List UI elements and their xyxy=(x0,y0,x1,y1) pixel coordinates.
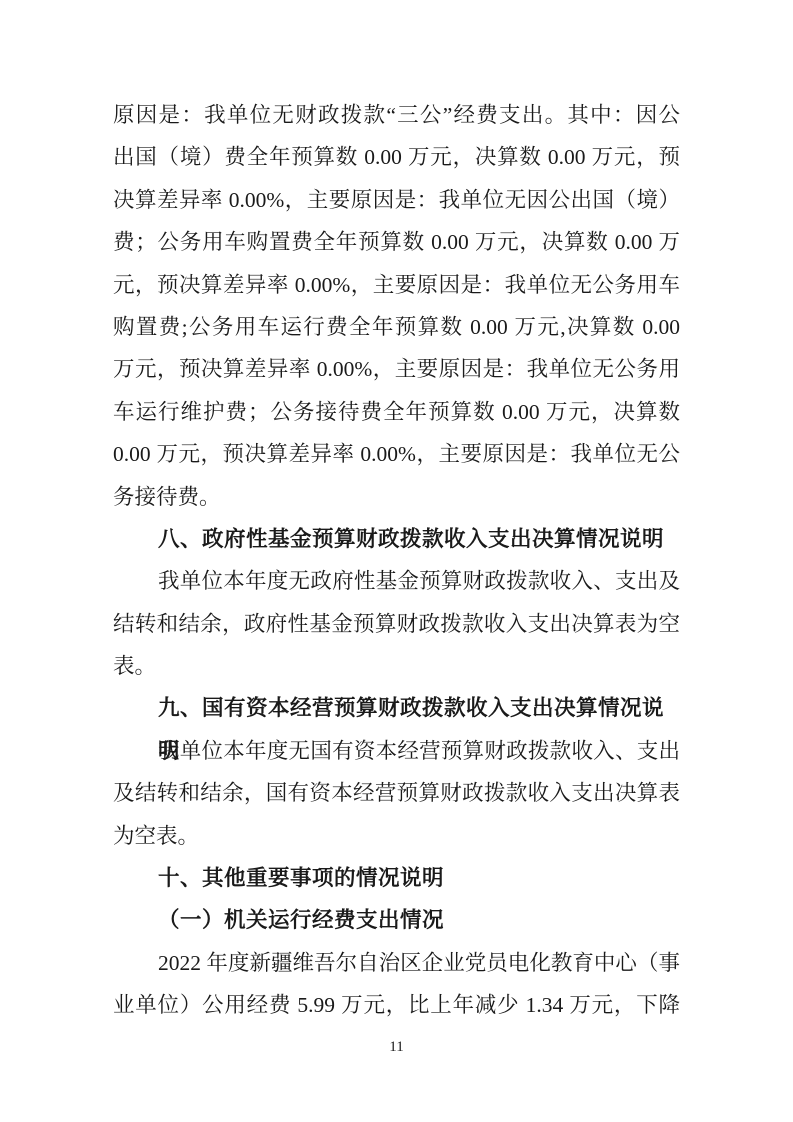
text-line: 购置费;公务用车运行费全年预算数 0.00 万元,决算数 0.00 xyxy=(113,306,680,348)
text-line: 务接待费。 xyxy=(113,476,680,518)
text-line: 万元，预决算差异率 0.00%，主要原因是：我单位无公务用 xyxy=(113,348,680,390)
text-line: 车运行维护费；公务接待费全年预算数 0.00 万元，决算数 xyxy=(113,391,680,433)
section-heading: 八、政府性基金预算财政拨款收入支出决算情况说明 xyxy=(113,518,680,560)
document-page: 原因是：我单位无财政拨款“三公”经费支出。其中：因公出国（境）费全年预算数 0.… xyxy=(0,0,793,1122)
text-line: 决算差异率 0.00%，主要原因是：我单位无因公出国（境） xyxy=(113,179,680,221)
section-heading: （一）机关运行经费支出情况 xyxy=(113,899,680,941)
text-line: 原因是：我单位无财政拨款“三公”经费支出。其中：因公 xyxy=(113,94,680,136)
text-line: 为空表。 xyxy=(113,815,680,857)
text-line: 表。 xyxy=(113,645,680,687)
text-line: 2022 年度新疆维吾尔自治区企业党员电化教育中心（事 xyxy=(113,942,680,984)
text-block: 原因是：我单位无财政拨款“三公”经费支出。其中：因公出国（境）费全年预算数 0.… xyxy=(113,94,680,1027)
text-line: 0.00 万元，预决算差异率 0.00%，主要原因是：我单位无公 xyxy=(113,433,680,475)
text-line: 业单位）公用经费 5.99 万元，比上年减少 1.34 万元，下降 xyxy=(113,984,680,1026)
text-line: 我单位本年度无国有资本经营预算财政拨款收入、支出 xyxy=(113,730,680,772)
page-number: 11 xyxy=(0,1036,793,1058)
text-line: 我单位本年度无政府性基金预算财政拨款收入、支出及 xyxy=(113,560,680,602)
text-line: 费；公务用车购置费全年预算数 0.00 万元，决算数 0.00 万 xyxy=(113,221,680,263)
text-line: 出国（境）费全年预算数 0.00 万元，决算数 0.00 万元，预 xyxy=(113,136,680,178)
text-line: 元，预决算差异率 0.00%，主要原因是：我单位无公务用车 xyxy=(113,264,680,306)
text-line: 及结转和结余，国有资本经营预算财政拨款收入支出决算表 xyxy=(113,772,680,814)
section-heading: 九、国有资本经营预算财政拨款收入支出决算情况说明 xyxy=(113,687,680,729)
text-line: 结转和结余，政府性基金预算财政拨款收入支出决算表为空 xyxy=(113,603,680,645)
section-heading: 十、其他重要事项的情况说明 xyxy=(113,857,680,899)
